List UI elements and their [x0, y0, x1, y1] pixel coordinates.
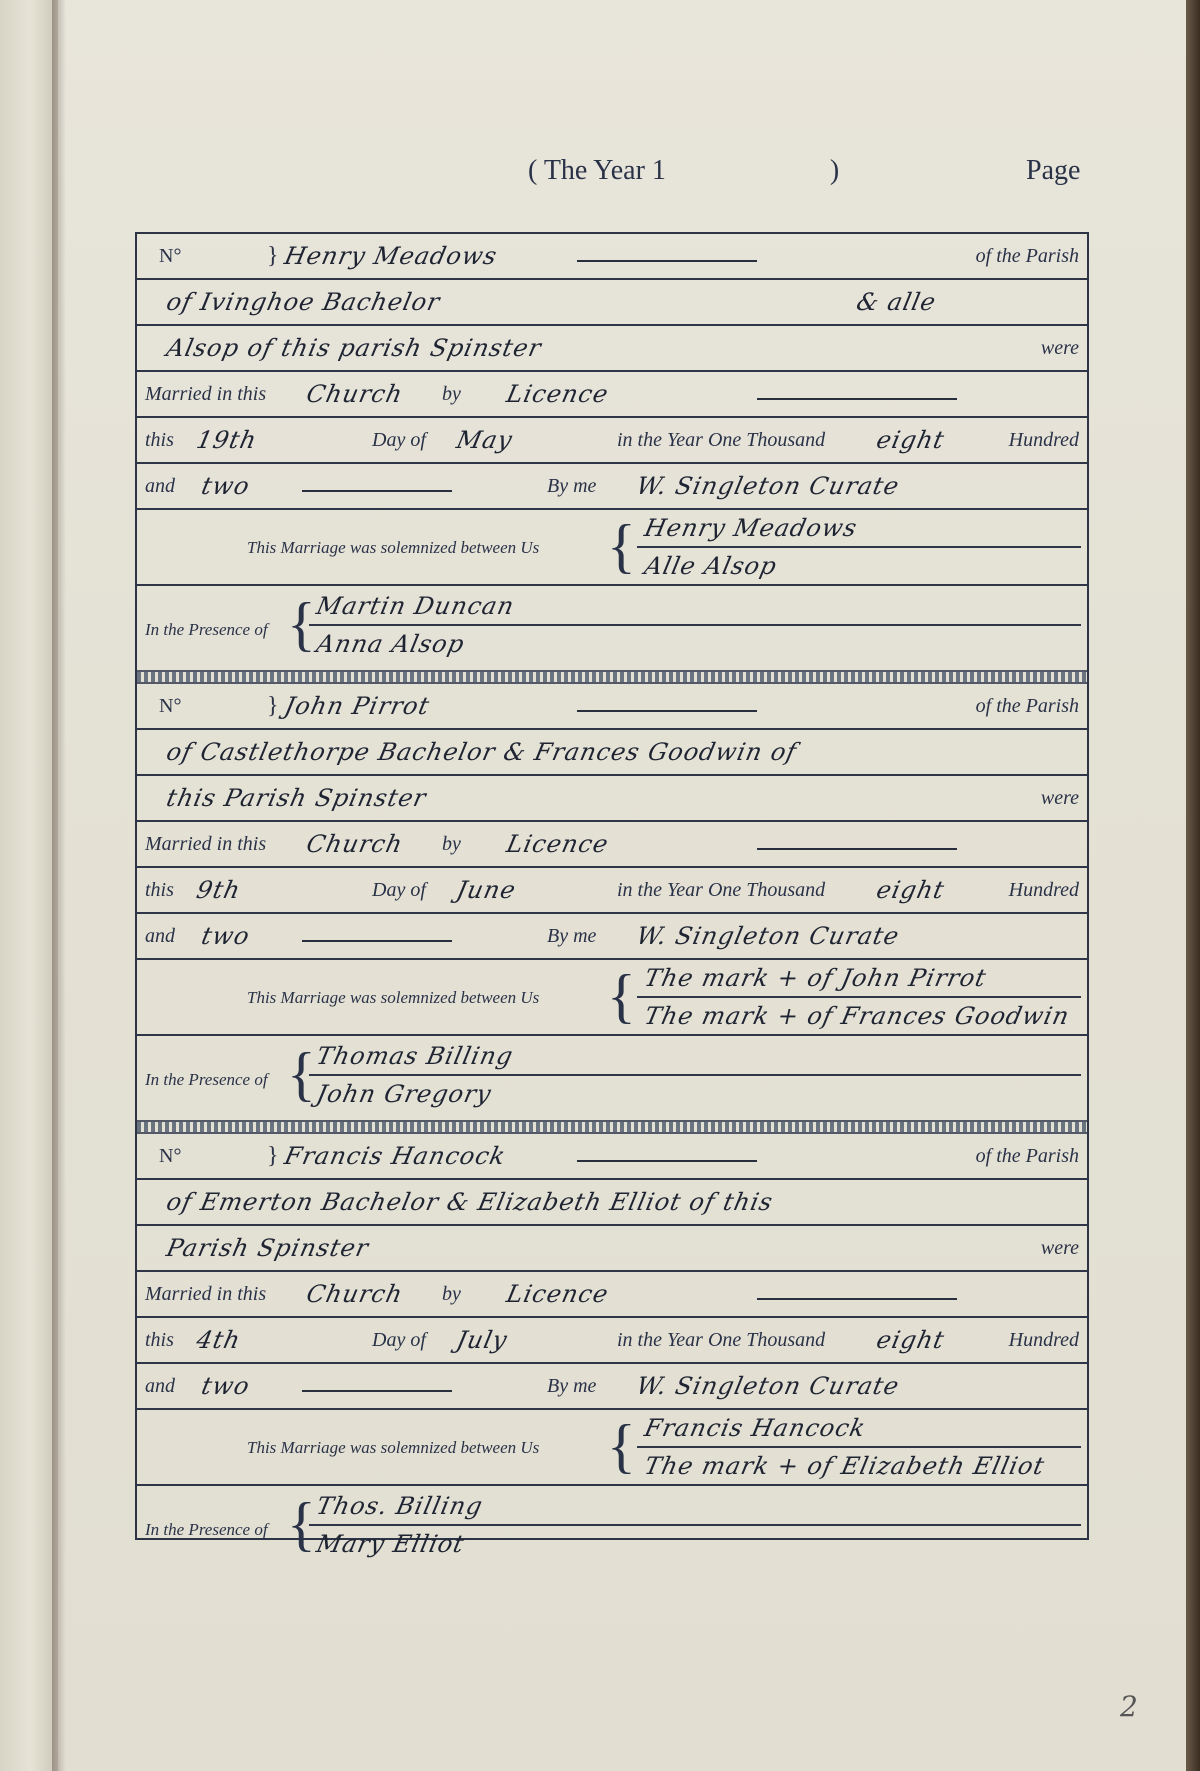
ornamental-divider [137, 1120, 1087, 1134]
signature-line: The mark + of Elizabeth Elliot [637, 1448, 1081, 1484]
witness-line: Anna Alsop [309, 626, 1081, 662]
number-label: N° [159, 695, 181, 718]
signature-1: Henry Meadows [642, 514, 860, 542]
marriage-register-table: N° } Henry Meadows of the Parish of Ivin… [135, 232, 1089, 1540]
year-label: in the Year One Thousand [617, 879, 825, 902]
groom-name: Francis Hancock [282, 1142, 508, 1170]
date-row: this 4th Day of July in the Year One Tho… [137, 1318, 1087, 1364]
married-row: Married in this Church by Licence [137, 372, 1087, 418]
century: eight [874, 426, 947, 454]
bride-row: Parish Spinster were [137, 1226, 1087, 1272]
officiant-row: and two By me W. Singleton Curate [137, 464, 1087, 510]
century: eight [874, 1326, 947, 1354]
entry-number-row: N° } Henry Meadows of the Parish [137, 234, 1087, 280]
witness-1: Thos. Billing [314, 1492, 486, 1520]
signature-1: The mark + of John Pirrot [642, 964, 989, 992]
signatures: The mark + of John Pirrot The mark + of … [637, 962, 1081, 1034]
this-label: this [145, 429, 174, 452]
presence-label: In the Presence of [145, 1070, 268, 1090]
signature-line: The mark + of John Pirrot [637, 962, 1081, 998]
parties-line-3: Parish Spinster [164, 1234, 371, 1262]
fill-dash [757, 1298, 957, 1300]
century: eight [874, 876, 947, 904]
signature-2: The mark + of Frances Goodwin [642, 1002, 1072, 1030]
and-label: and [145, 925, 175, 948]
by-label: by [442, 1283, 461, 1306]
married-row: Married in this Church by Licence [137, 1272, 1087, 1318]
day: 4th [194, 1326, 243, 1354]
day: 9th [194, 876, 243, 904]
book-edge [1186, 0, 1200, 1771]
solemnized-row: This Marriage was solemnized between Us … [137, 960, 1087, 1036]
married-in-label: Married in this [145, 833, 266, 856]
parties-line-2: of Castlethorpe Bachelor & Frances Goodw… [164, 738, 799, 766]
year-label: in the Year One Thousand [617, 429, 825, 452]
parties-row: of Emerton Bachelor & Elizabeth Elliot o… [137, 1180, 1087, 1226]
witness-line: John Gregory [309, 1076, 1081, 1112]
officiant-row: and two By me W. Singleton Curate [137, 914, 1087, 960]
month: July [454, 1326, 510, 1354]
fill-dash [302, 1390, 452, 1392]
parties-row: of Ivinghoe Bachelor & alle [137, 280, 1087, 326]
licence: Licence [504, 380, 611, 408]
signature-1: Francis Hancock [642, 1414, 868, 1442]
month: May [454, 426, 515, 454]
married-in-label: Married in this [145, 1283, 266, 1306]
solemnized-row: This Marriage was solemnized between Us … [137, 1410, 1087, 1486]
spine-shadow [52, 0, 66, 1771]
fill-dash [577, 710, 757, 712]
date-row: this 19th Day of May in the Year One Tho… [137, 418, 1087, 464]
married-row: Married in this Church by Licence [137, 822, 1087, 868]
witnesses: Thomas Billing John Gregory [309, 1040, 1081, 1112]
hundred-label: Hundred [1009, 879, 1079, 902]
and-label: and [145, 475, 175, 498]
place: Church [304, 830, 406, 858]
presence-label: In the Presence of [145, 1520, 268, 1540]
parties-line-2-end: & alle [854, 288, 939, 316]
of-the-parish-label: of the Parish [976, 1145, 1079, 1168]
by-me-label: By me [547, 1375, 596, 1398]
number-label: N° [159, 1145, 181, 1168]
hundred-label: Hundred [1009, 429, 1079, 452]
witness-line: Thomas Billing [309, 1040, 1081, 1076]
marriage-entry: N° } John Pirrot of the Parish of Castle… [137, 684, 1087, 1120]
fill-dash [577, 260, 757, 262]
officiant: W. Singleton Curate [634, 1372, 902, 1400]
presence-label: In the Presence of [145, 620, 268, 640]
signatures: Francis Hancock The mark + of Elizabeth … [637, 1412, 1081, 1484]
solemnized-label: This Marriage was solemnized between Us [247, 1438, 539, 1458]
year-close: ) [830, 155, 839, 186]
licence: Licence [504, 830, 611, 858]
licence: Licence [504, 1280, 611, 1308]
bride-row: Alsop of this parish Spinster were [137, 326, 1087, 372]
signature-line: Francis Hancock [637, 1412, 1081, 1448]
number-label: N° [159, 245, 181, 268]
by-me-label: By me [547, 475, 596, 498]
witness-1: Thomas Billing [314, 1042, 516, 1070]
officiant: W. Singleton Curate [634, 922, 902, 950]
fill-dash [757, 848, 957, 850]
of-the-parish-label: of the Parish [976, 245, 1079, 268]
were-label: were [1041, 337, 1079, 360]
signatures: Henry Meadows Alle Alsop [637, 512, 1081, 584]
year-label: ( The Year 1 [528, 155, 666, 186]
and-label: and [145, 1375, 175, 1398]
day-of-label: Day of [372, 879, 426, 902]
fill-dash [757, 398, 957, 400]
marriage-entry: N° } Francis Hancock of the Parish of Em… [137, 1134, 1087, 1570]
year-heading: ( The Year 1 ) [528, 155, 839, 187]
by-me-label: By me [547, 925, 596, 948]
day-of-label: Day of [372, 429, 426, 452]
month: June [454, 876, 519, 904]
place: Church [304, 1280, 406, 1308]
entry-number-row: N° } Francis Hancock of the Parish [137, 1134, 1087, 1180]
solemnized-label: This Marriage was solemnized between Us [247, 988, 539, 1008]
of-the-parish-label: of the Parish [976, 695, 1079, 718]
this-label: this [145, 879, 174, 902]
parties-line-3: this Parish Spinster [164, 784, 429, 812]
page-number-label: Page [1026, 155, 1080, 187]
solemnized-label: This Marriage was solemnized between Us [247, 538, 539, 558]
witnesses: Thos. Billing Mary Elliot [309, 1490, 1081, 1562]
witnesses: Martin Duncan Anna Alsop [309, 590, 1081, 662]
year-word: two [199, 1372, 253, 1400]
officiant-row: and two By me W. Singleton Curate [137, 1364, 1087, 1410]
were-label: were [1041, 1237, 1079, 1260]
fill-dash [302, 940, 452, 942]
bride-row: this Parish Spinster were [137, 776, 1087, 822]
parties-line-2: of Ivinghoe Bachelor [164, 288, 443, 316]
groom-name: Henry Meadows [282, 242, 500, 270]
signature-2: Alle Alsop [642, 552, 780, 580]
solemnized-row: This Marriage was solemnized between Us … [137, 510, 1087, 586]
brace-icon: { [607, 966, 636, 1026]
marriage-entry: N° } Henry Meadows of the Parish of Ivin… [137, 234, 1087, 670]
presence-row: In the Presence of { Martin Duncan Anna … [137, 586, 1087, 670]
entry-number-row: N° } John Pirrot of the Parish [137, 684, 1087, 730]
were-label: were [1041, 787, 1079, 810]
brace-icon: } [267, 243, 279, 270]
witness-line: Mary Elliot [309, 1526, 1081, 1562]
hundred-label: Hundred [1009, 1329, 1079, 1352]
brace-icon: { [607, 1416, 636, 1476]
fill-dash [577, 1160, 757, 1162]
witness-2: Anna Alsop [314, 630, 467, 658]
pencil-page-mark: 2 [1120, 1690, 1138, 1723]
by-label: by [442, 833, 461, 856]
parties-row: of Castlethorpe Bachelor & Frances Goodw… [137, 730, 1087, 776]
ornamental-divider [137, 670, 1087, 684]
year-word: two [199, 922, 253, 950]
day: 19th [194, 426, 260, 454]
witness-2: John Gregory [314, 1080, 494, 1108]
brace-icon: { [607, 516, 636, 576]
year-word: two [199, 472, 253, 500]
place: Church [304, 380, 406, 408]
married-in-label: Married in this [145, 383, 266, 406]
facing-page-edge [0, 0, 60, 1771]
groom-name: John Pirrot [282, 692, 432, 720]
signature-line: Henry Meadows [637, 512, 1081, 548]
year-label: in the Year One Thousand [617, 1329, 825, 1352]
day-of-label: Day of [372, 1329, 426, 1352]
signature-line: Alle Alsop [637, 548, 1081, 584]
brace-icon: } [267, 693, 279, 720]
witness-line: Martin Duncan [309, 590, 1081, 626]
presence-row: In the Presence of { Thos. Billing Mary … [137, 1486, 1087, 1570]
signature-line: The mark + of Frances Goodwin [637, 998, 1081, 1034]
date-row: this 9th Day of June in the Year One Tho… [137, 868, 1087, 914]
this-label: this [145, 1329, 174, 1352]
by-label: by [442, 383, 461, 406]
presence-row: In the Presence of { Thomas Billing John… [137, 1036, 1087, 1120]
officiant: W. Singleton Curate [634, 472, 902, 500]
fill-dash [302, 490, 452, 492]
witness-2: Mary Elliot [314, 1530, 467, 1558]
brace-icon: } [267, 1143, 279, 1170]
witness-1: Martin Duncan [314, 592, 517, 620]
witness-line: Thos. Billing [309, 1490, 1081, 1526]
signature-2: The mark + of Elizabeth Elliot [642, 1452, 1047, 1480]
parties-line-3: Alsop of this parish Spinster [164, 334, 544, 362]
parties-line-2: of Emerton Bachelor & Elizabeth Elliot o… [164, 1188, 776, 1216]
